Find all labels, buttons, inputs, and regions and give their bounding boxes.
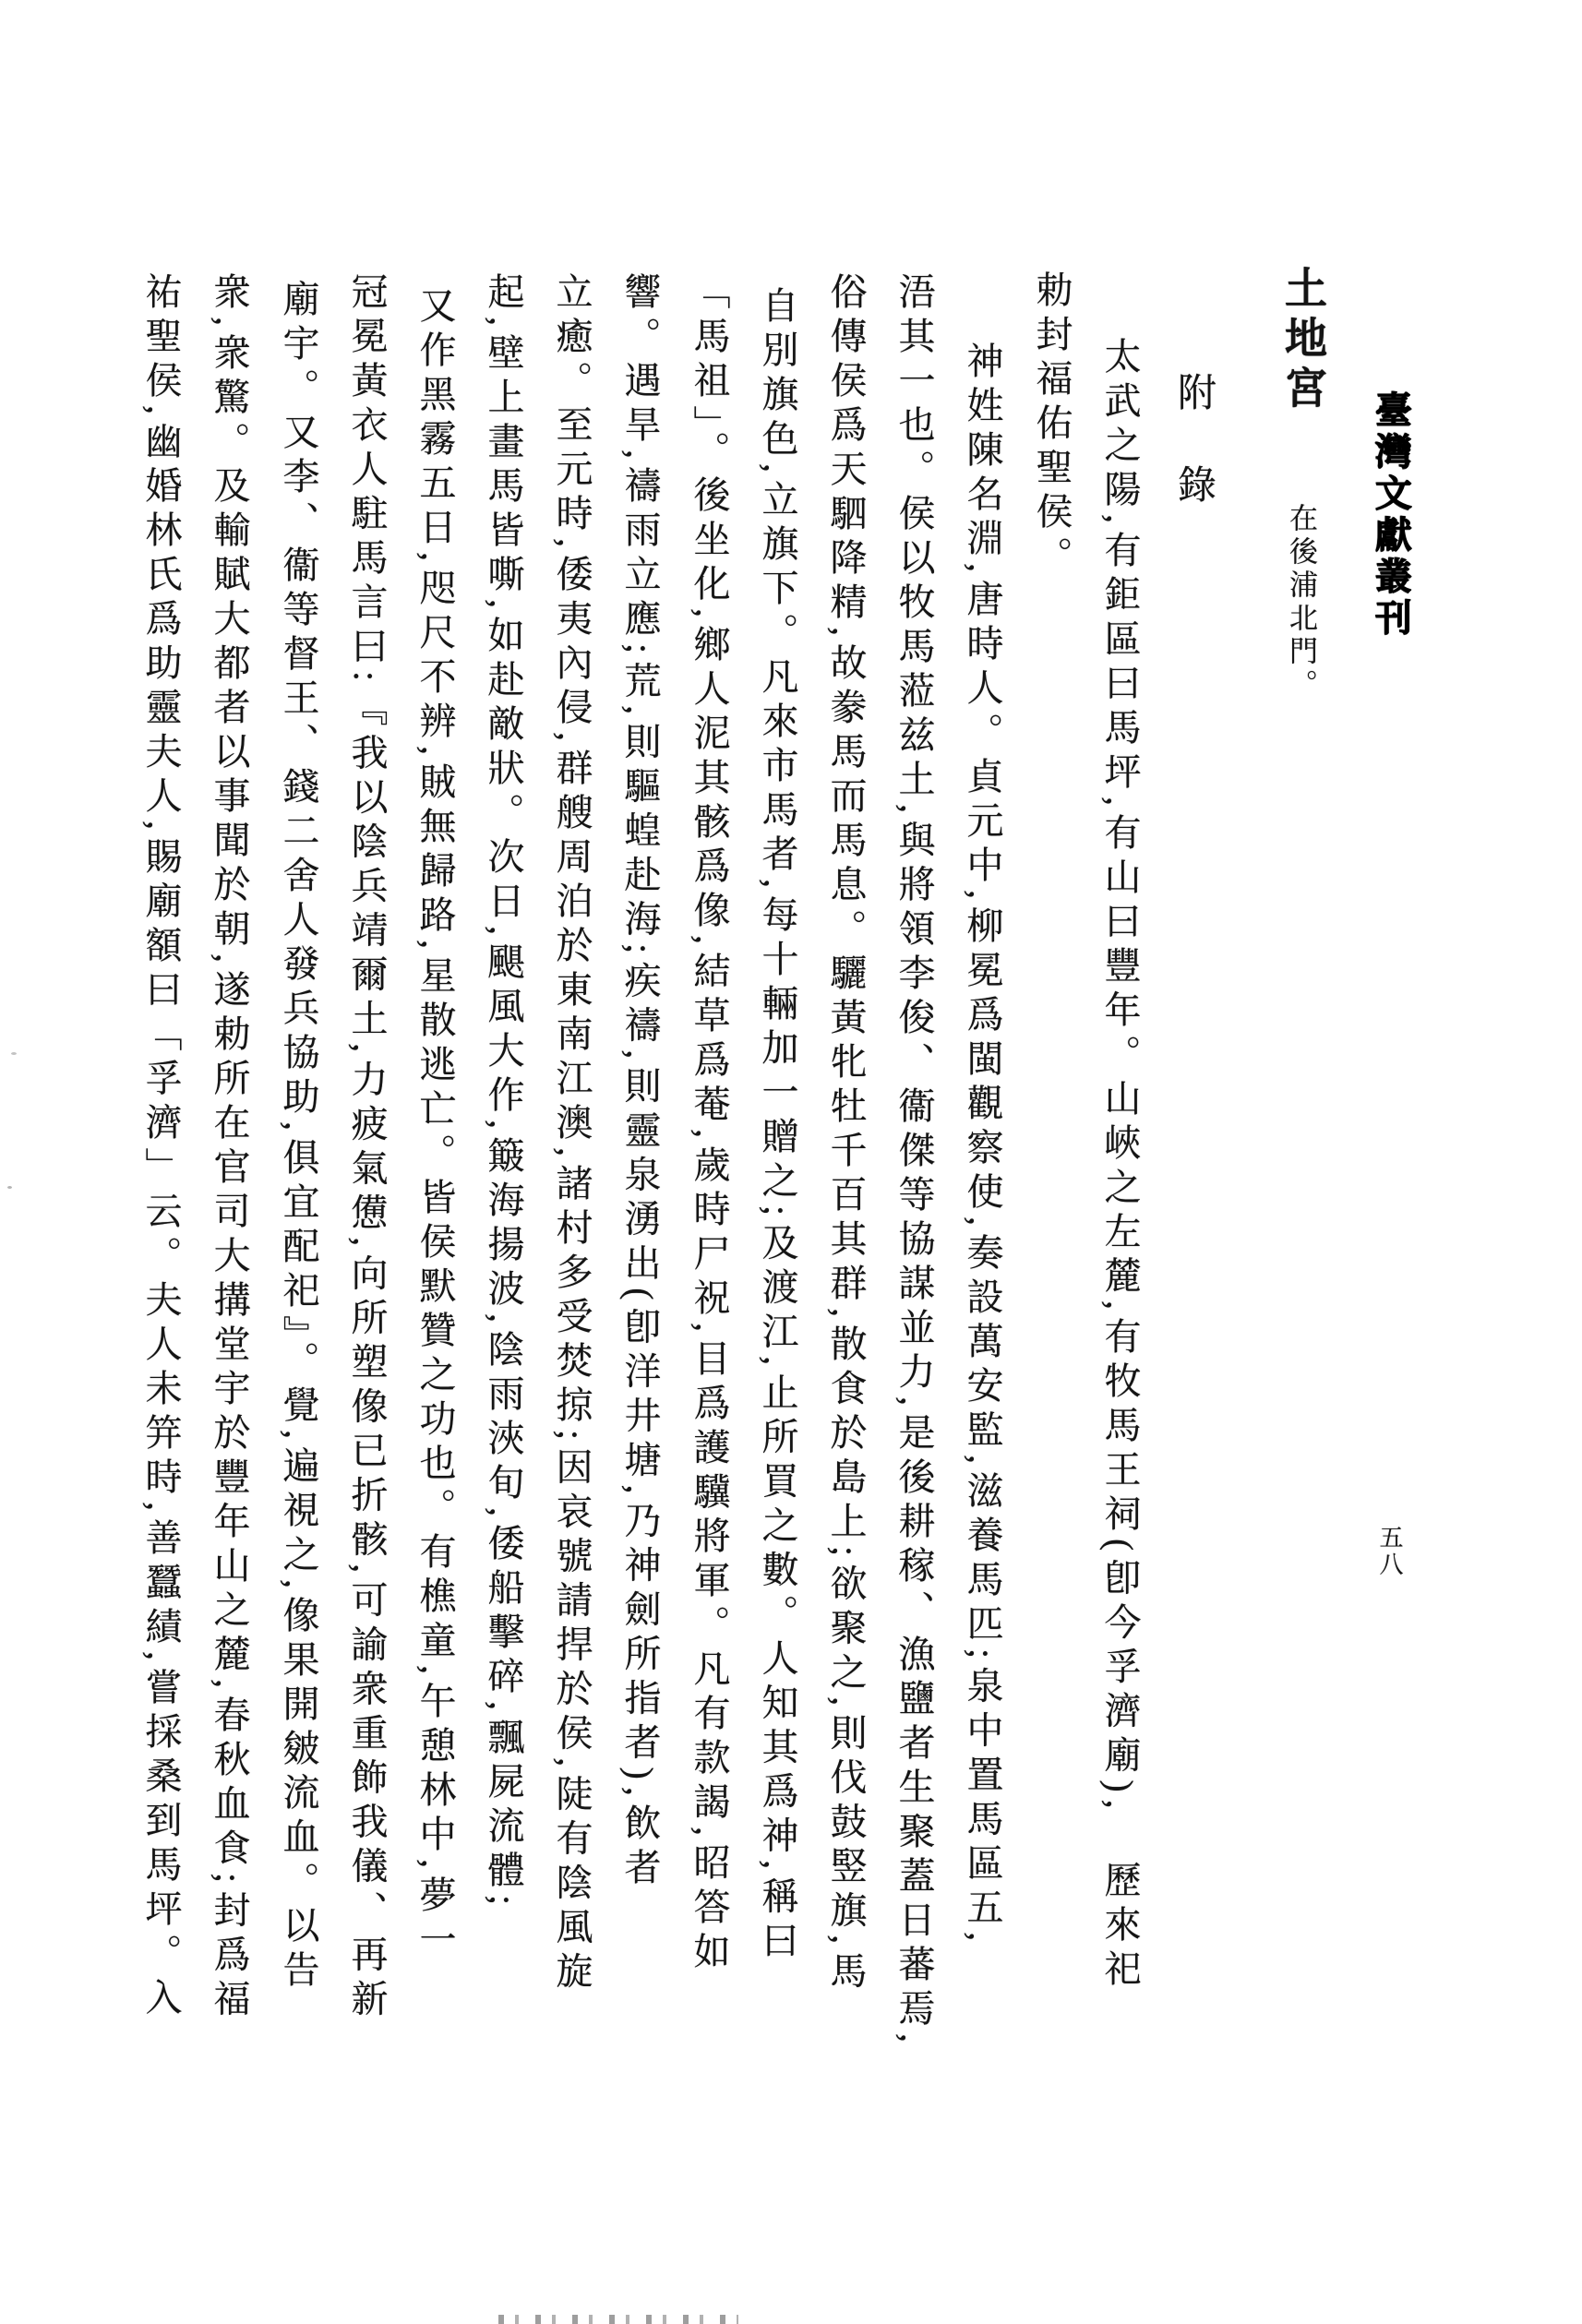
entry-location-note: 在後浦北門。 [1280, 503, 1322, 702]
entry-title: 土地宮 [1272, 266, 1333, 415]
text-column-11: 又作黑霧五日,咫尺不辨,賊無歸路,星散逃亡。皆侯默贊之功也。有樵童,午憩林中,夢… [409, 286, 461, 1964]
text-column-5: 俗傳侯爲天駟降精,故豢馬而馬息。驪黃牝牡千百其群,散食於島上;欲聚之,則伐鼓竪旗… [820, 272, 872, 1995]
text-column-4: 浯其一也。侯以牧馬蒞兹土,與將領李俊、衞傑等協謀並力,是後耕稼、漁鹽者生聚蓋日蕃… [888, 272, 941, 2050]
text-column-12: 冠冕黃衣人駐馬言曰:『我以陰兵靖爾土,力疲氣憊,向所塑像已折骸,可諭衆重飾我儀、… [341, 272, 393, 2023]
text-column-2-honorific-edict: 勅封福佑聖侯。 [1025, 270, 1078, 581]
text-column-6: 自別旗色,立旗下。凡來市馬者,每十輛加一贈之;及渡江,止所買之數。人知其爲神,稱… [751, 286, 804, 1965]
scan-speck [11, 1052, 17, 1055]
text-column-10: 起,壁上畫馬皆嘶,如赴敵狀。次日,颶風大作,簸海揚波,陰雨浹旬,倭船擊碎,飄屍流… [477, 272, 530, 1912]
text-column-1: 太武之陽,有鉅區曰馬坪,有山曰豐年。山峽之左麓,有牧馬王祠(卽今孚濟廟), 歷來… [1094, 337, 1146, 1994]
page-edge-fragment [498, 2315, 738, 2324]
series-title: 臺灣文獻叢刊 [1364, 390, 1417, 640]
text-column-9: 立癒。至元時,倭夷內侵,群艘周泊於東南江澳,諸村多受焚掠;因哀號請捍於侯,陡有陰… [545, 272, 598, 1995]
page-number: 五八 [1372, 1525, 1407, 1578]
text-column-13: 廟宇。又李、衞等督王、錢二舍人發兵協助,俱宜配祀』。覺,遍視之,像果開皴流血。以… [272, 280, 325, 1995]
text-column-15: 祐聖侯,幽婚林氏爲助靈夫人,賜廟額曰「孚濟」云。夫人未笄時,善蠶績,嘗採桑到馬坪… [135, 272, 187, 2022]
text-column-3: 神姓陳名淵,唐時人。貞元中,柳冕爲閩觀察使,奏設萬安監,滋養馬匹;泉中置馬區五, [956, 341, 1009, 1948]
text-column-14: 衆,衆驚。及輸賦大都者以事聞於朝,遂勅所在官司大搆堂宇於豐年山之麓,春秋血食;封… [203, 272, 256, 2023]
section-label-appendix: 附 錄 [1166, 372, 1221, 510]
scan-speck [7, 1186, 12, 1189]
text-column-7: 「馬祖」。後坐化,鄉人泥其骸爲像,結草爲菴,歲時尸祝,目爲護驥將軍。凡有款謁,昭… [683, 272, 736, 1976]
text-column-8: 響。遇旱,禱雨立應;荒,則驅蝗赴海;疾禱,則靈泉湧出(卽洋井塘,乃神劍所指者),… [614, 272, 666, 1892]
scanned-book-page: 臺灣文獻叢刊 五八 土地宮 在後浦北門。 附 錄 太武之陽,有鉅區曰馬坪,有山曰… [0, 0, 1582, 2324]
